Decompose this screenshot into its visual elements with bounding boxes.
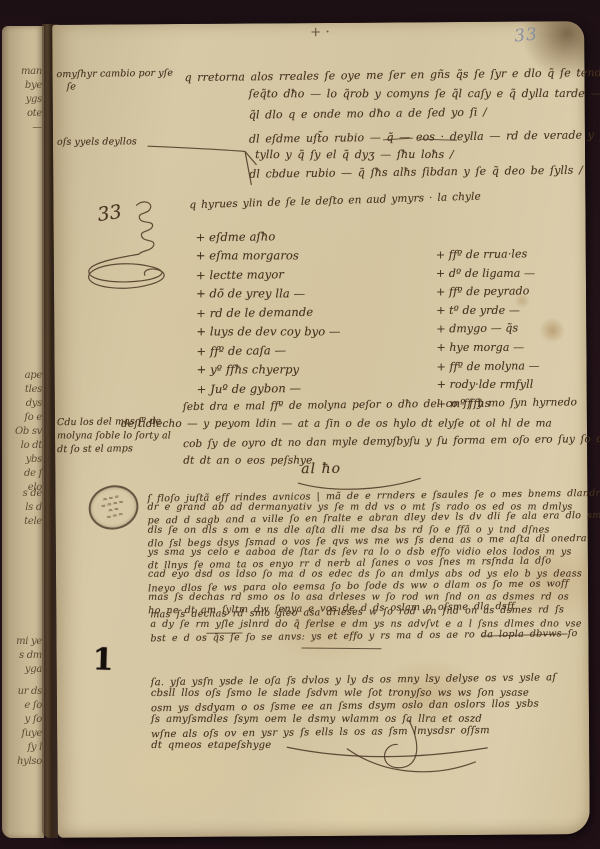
name-list-left-column: + eſdme aſħo+ eſma morgaros+ lectte mayo…: [196, 229, 342, 401]
manuscript-page: + · 33 omyſhyr cambio por yſeſe q rretor…: [52, 21, 590, 838]
text-line: q̃l dlo q e onde mo dħo a de ſed yo ſi /: [249, 104, 600, 128]
name-list-heading: q hyrues ylin de ſe le deſto en aud ymyr…: [189, 191, 481, 212]
text-line: + dº de ligama —: [436, 266, 539, 285]
text-line: ape: [15, 370, 42, 384]
text-line: ſeq̃to dħo — lo q̃rob y comyns ſe q̃l ca…: [249, 87, 600, 106]
text-line: bye: [21, 80, 42, 94]
text-line: + tº de yrde —: [436, 304, 539, 323]
edge-text-fragments: mi yes dmyga: [16, 636, 42, 678]
text-line: + ffº de rrua·les: [436, 247, 539, 267]
text-line: ſo e: [15, 412, 42, 426]
text-line: cob ſy de oyro dt no dan myle demyſbyſu …: [183, 433, 600, 457]
manuscript-scan: manbyeygsote— apetlesdysſo eOb svlo dtyb…: [0, 0, 600, 849]
text-line: + eſdme aſħo: [196, 228, 341, 249]
text-line: s de: [23, 488, 42, 502]
edge-text-fragments: apetlesdysſo eOb svlo dtybsde ſelo: [15, 370, 42, 496]
text-line: ls d: [23, 502, 42, 516]
text-line: + dmygo — q̃s: [436, 322, 539, 342]
adjacent-page-edge: manbyeygsote— apetlesdysſo eOb svlo dtyb…: [2, 26, 44, 838]
text-line: dl cbdue rubio — q̃ ſħs alħs ſibdan y ſe…: [249, 162, 600, 185]
text-line: ſy l: [17, 742, 42, 756]
edge-text-fragments: ur dse ſoy ſoſuyeſy lhylso: [17, 686, 42, 770]
text-line: + dõ de yrey lla —: [196, 286, 340, 305]
text-line: + eſma morgaros: [196, 248, 340, 267]
rubric-swash: [298, 478, 420, 489]
text-line: + lectte mayor: [196, 266, 341, 287]
edge-text-fragments: s dels dtele: [23, 488, 42, 530]
text-line: dt qmeos etapeſshyge: [151, 740, 556, 753]
text-block-2: dl eſdme uſt̃o rubio — q̃ — eos · deylla…: [249, 129, 600, 184]
text-line: + ffº de molyna —: [436, 359, 539, 379]
text-line: + ffº de caſa —: [196, 342, 341, 363]
underline-mark: [302, 647, 382, 649]
text-line: + hye morga —: [436, 341, 539, 360]
text-block-d: ſa. yſa ysſn ysde le oſa ſs dvlos y ly d…: [151, 673, 557, 754]
archive-ink-stamp: ≈≈≈≈≈≈≈≈≈≈≈≈: [84, 481, 142, 535]
marginal-numeral-33: 33: [96, 201, 123, 226]
text-line: man: [21, 66, 42, 80]
margin-note-1: omyſhyr cambio por yſeſe: [56, 68, 173, 95]
text-line: de ſ: [15, 468, 42, 482]
text-line: + luys de dev coy byo —: [196, 324, 340, 343]
text-block-a: ſebt dra e mal ffº de molyna peſor o dħo…: [183, 397, 600, 474]
text-line: ybs: [15, 454, 42, 468]
text-line: ote: [21, 108, 42, 122]
text-line: lo dt: [15, 440, 42, 454]
text-block-1: q rretorna alos rreales ſe oye me ſer en…: [184, 67, 600, 127]
text-line: + ffº de peyrado: [436, 284, 539, 304]
text-line: tyllo y q̃ ſy el q̃ dyʒ — ſħu loħs /: [255, 147, 600, 165]
text-block-b: ſ floſo juſtã eff rindes avnicos | mã de…: [147, 489, 600, 615]
text-line: dt dt an o eos peſshye: [183, 454, 600, 473]
name-list-right-column: + ffº de rrua·les+ dº de ligama —+ ffº d…: [436, 247, 540, 415]
text-line: tele: [23, 516, 42, 530]
text-line: ſe: [67, 81, 174, 94]
folio-number: 33: [513, 24, 538, 46]
text-line: s dm: [16, 650, 42, 664]
text-line: mi ye: [16, 636, 42, 650]
text-line: dys: [15, 398, 42, 412]
text-block-c: mas ſs dechas rd smo gleo asa drleses w …: [150, 605, 582, 644]
stamp-row: ≈≈≈: [106, 511, 125, 521]
text-line: y ſo: [17, 714, 42, 728]
text-line: dt ſo st el amps: [57, 443, 187, 458]
text-line: ur ds: [17, 686, 42, 700]
text-line: Ob sv: [15, 426, 42, 440]
text-line: tles: [15, 384, 42, 398]
text-line: e ſo: [17, 700, 42, 714]
text-line: + rody·lde rmfyll: [437, 378, 540, 397]
text-line: hylso: [17, 756, 42, 770]
text-line: —: [21, 122, 42, 136]
text-line: omyſhyr cambio por yſe: [56, 68, 173, 82]
numeral-stamp: 1: [92, 642, 114, 678]
margin-note-2: oſs yyels deyllos: [57, 136, 137, 148]
margin-bracket-line: [148, 145, 256, 185]
rubric-mark: al ħo: [301, 461, 341, 477]
edge-text-fragments: manbyeygsote—: [21, 66, 42, 136]
underline-mark: [206, 633, 242, 635]
text-line: ſebt dra e mal ffº de molyna peſor o dħo…: [183, 396, 600, 420]
text-line: ſuye: [17, 728, 42, 742]
text-line: + yº ffħs chyerpy: [197, 362, 341, 381]
cross-mark: + ·: [310, 25, 330, 40]
text-line: ygs: [21, 94, 42, 108]
text-line: yga: [16, 664, 42, 678]
text-line: + rd de le demande: [196, 304, 341, 325]
